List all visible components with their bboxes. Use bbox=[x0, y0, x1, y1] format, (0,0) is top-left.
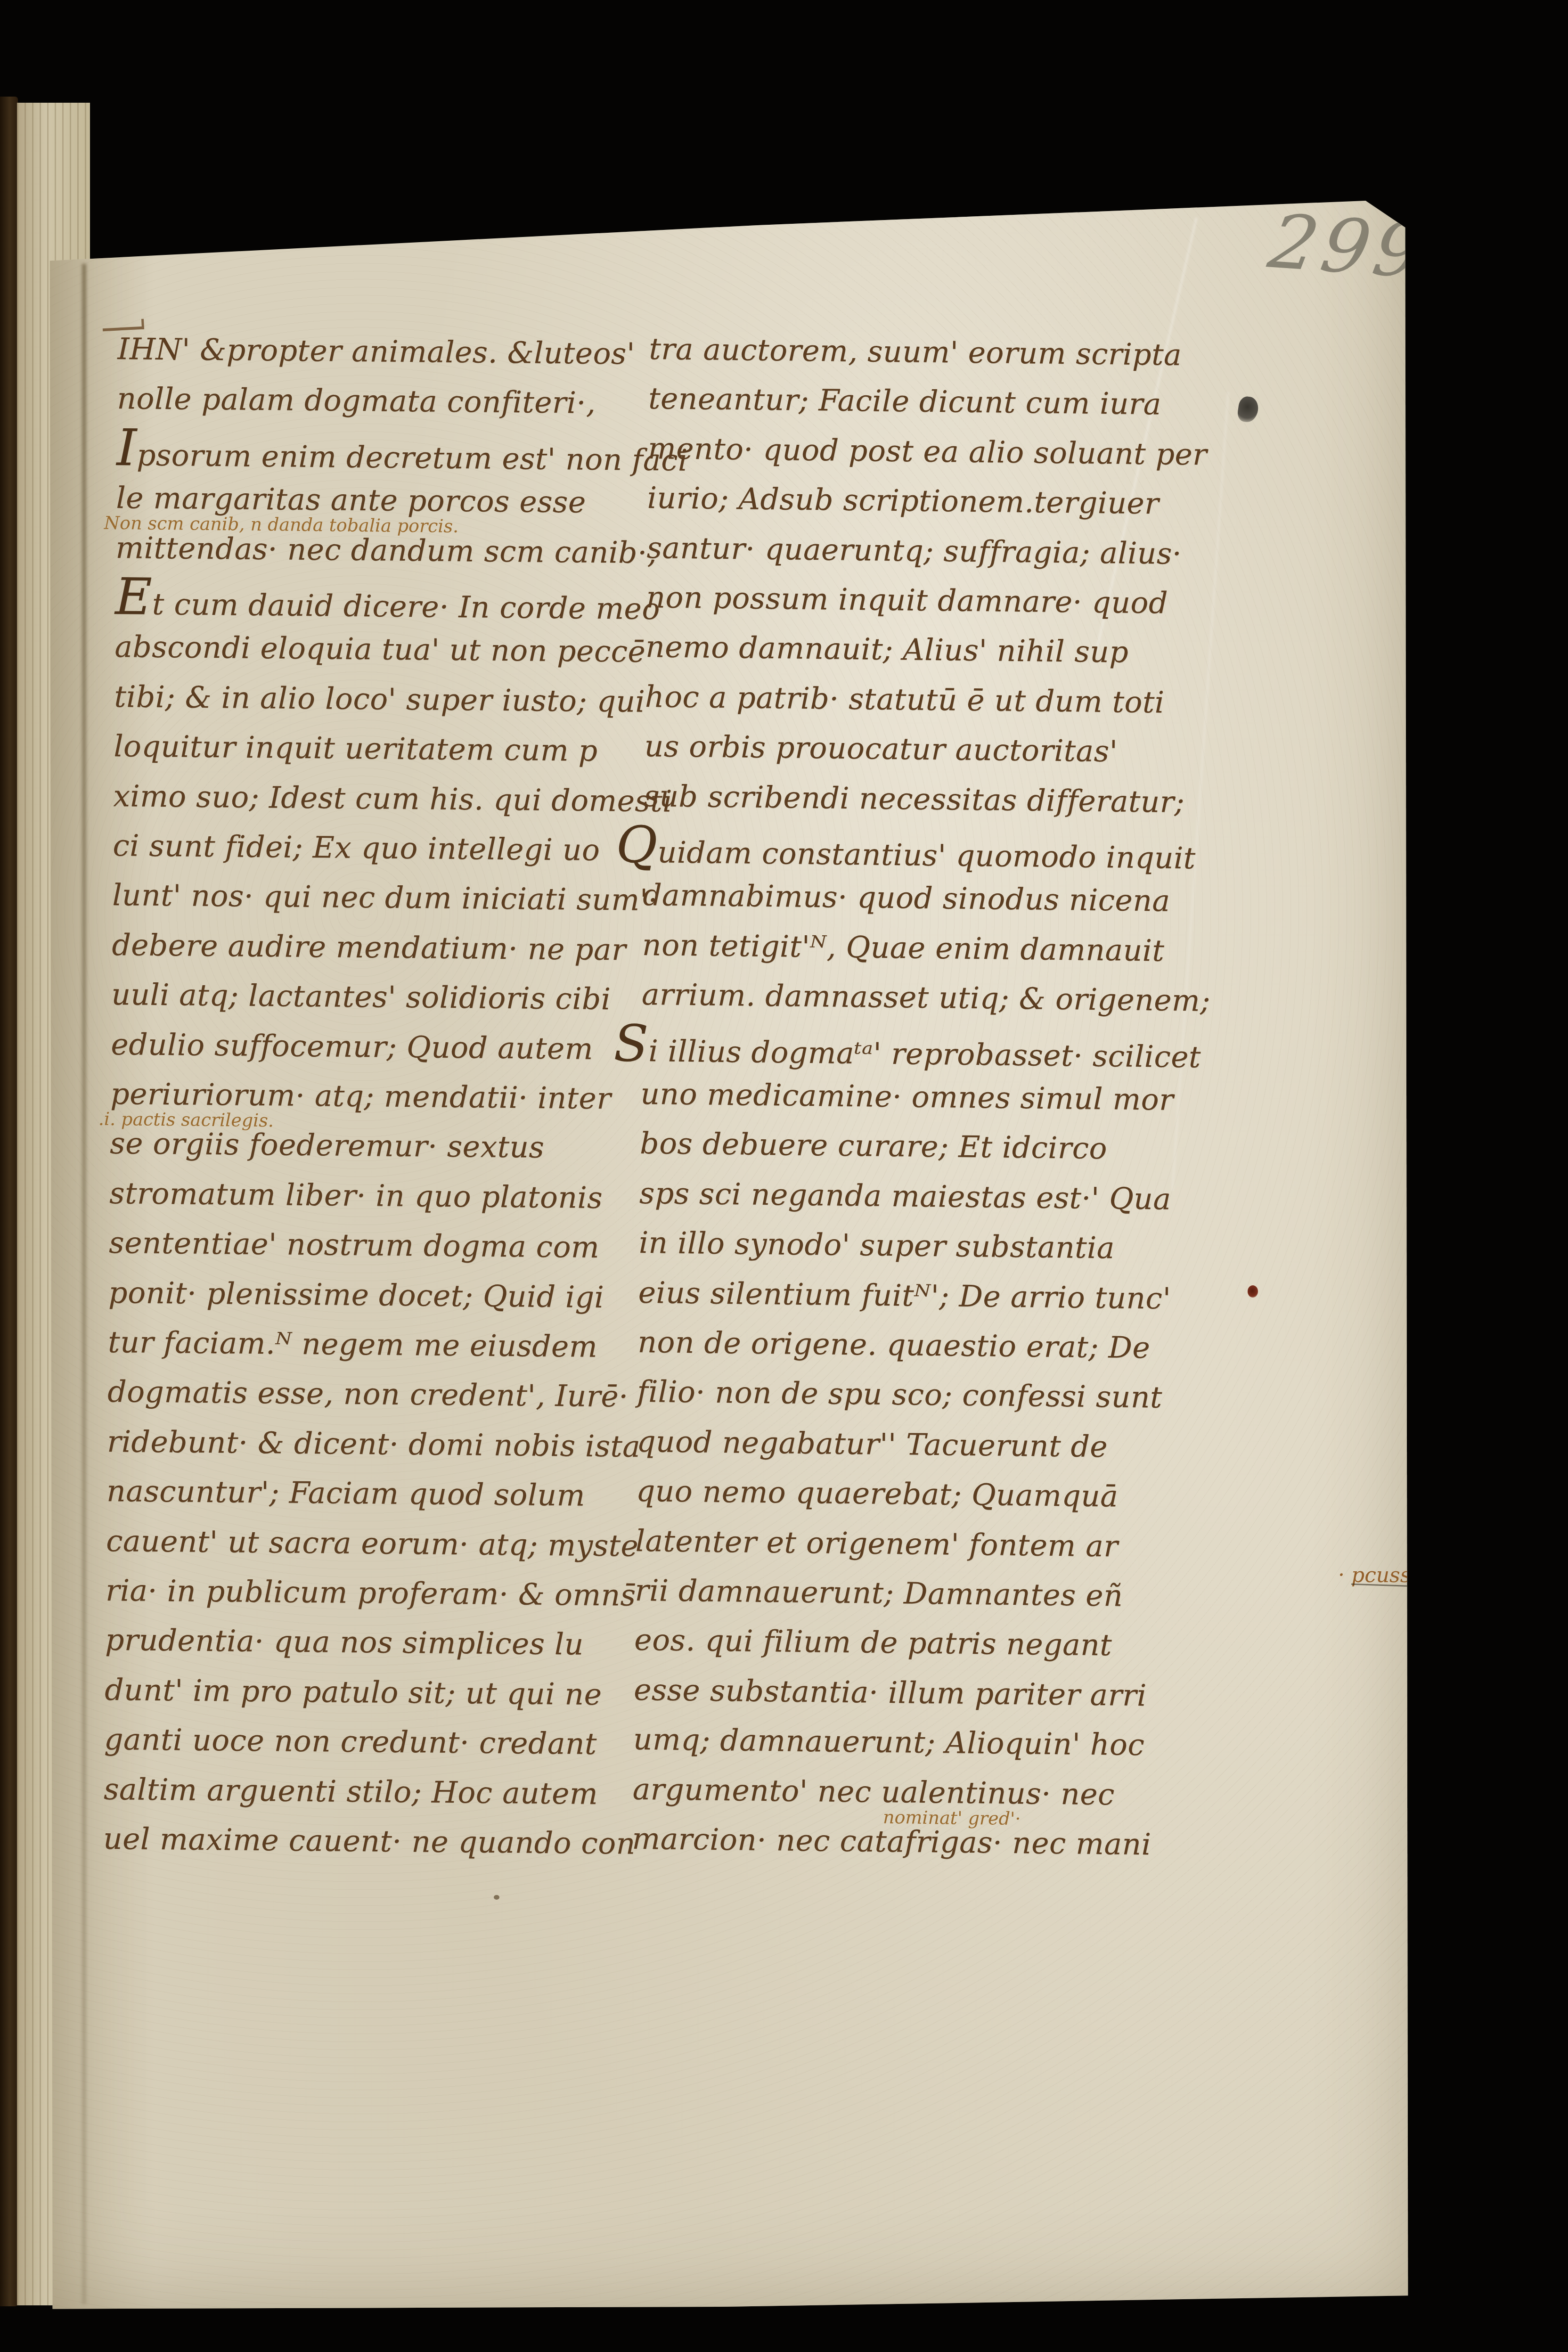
manuscript-text-line: mittendas· nec dandum scm canib·, bbox=[115, 523, 657, 578]
manuscript-text-line: sententiae' nostrum dogma com bbox=[109, 1218, 600, 1272]
manuscript-photo: 299 IHN' &propter animales. &luteos'noll… bbox=[0, 0, 1568, 2352]
manuscript-text-line: IHN' &propter animales. &luteos' bbox=[117, 324, 635, 379]
manuscript-text-line: cauent' ut sacra eorum· atq; myste bbox=[106, 1516, 639, 1570]
manuscript-text-line: ganti uoce non credunt· credant bbox=[104, 1715, 597, 1769]
manuscript-text-line: bos debuere curare; Et idcirco bbox=[640, 1119, 1108, 1173]
manuscript-text-line: us orbis prouocatur auctoritas' bbox=[644, 721, 1118, 776]
manuscript-text-line: teneantur; Facile dicunt cum iura bbox=[648, 374, 1162, 429]
manuscript-text-line: uel maxime cauent· ne quando con bbox=[103, 1814, 636, 1869]
manuscript-text-line: iurio; Adsub scriptionem.tergiuer bbox=[647, 473, 1159, 528]
parchment-page: 299 IHN' &propter animales. &luteos'noll… bbox=[47, 90, 1413, 2313]
manuscript-text-line: dogmatis esse, non credent', Iurē· bbox=[107, 1367, 629, 1421]
manuscript-text-line: uno medicamine· omnes simul mor bbox=[640, 1069, 1174, 1125]
manuscript-text-line: stromatum liber· in quo platonis bbox=[109, 1168, 603, 1223]
manuscript-text-line: umq; damnauerunt; Alioquin' hoc bbox=[633, 1715, 1144, 1770]
manuscript-text-line: in illo synodo' super substantia bbox=[638, 1218, 1115, 1273]
manuscript-text-line: sub scribendi necessitas differatur; bbox=[644, 771, 1185, 827]
text-column-right: tra auctorem, suum' eorum scriptateneant… bbox=[627, 90, 1278, 2320]
manuscript-text-line: ximo suo; Idest cum his. qui domesti bbox=[113, 771, 672, 826]
manuscript-text-line: prudentia· qua nos simplices lu bbox=[105, 1615, 584, 1669]
manuscript-text-line: non tetigit'ᴺ, Quae enim damnauit bbox=[642, 920, 1164, 976]
manuscript-text-line: non possum inquit damnare· quod bbox=[646, 572, 1168, 628]
manuscript-text-line: hoc a patrib· statutū ē ut dum toti bbox=[645, 672, 1164, 727]
manuscript-text-line: tur faciam.ᴺ negem me eiusdem bbox=[108, 1317, 598, 1372]
manuscript-text-line: eos. qui filium de patris negant bbox=[634, 1615, 1112, 1670]
manuscript-text-line: eius silentium fuitᴺ'; De arrio tunc' bbox=[638, 1267, 1171, 1323]
manuscript-text-line: debere audire mendatium· ne par bbox=[112, 920, 626, 974]
manuscript-text-line: uuli atq; lactantes' solidioris cibi bbox=[111, 970, 611, 1024]
manuscript-text-line: lunt' nos· qui nec dum iniciati sum'· bbox=[112, 870, 658, 925]
manuscript-text-line: sps sci neganda maiestas est·' Qua bbox=[639, 1168, 1172, 1224]
folio-number-pencil: 299 bbox=[1263, 198, 1434, 295]
manuscript-text-line: nascuntur'; Faciam quod solum bbox=[106, 1466, 586, 1520]
manuscript-text-line: tibi; & in alio loco' super iusto; qui bbox=[114, 672, 645, 727]
manuscript-text-line: quod negabatur'' Tacuerunt de bbox=[637, 1417, 1108, 1471]
manuscript-text-line: ria· in publicum proferam· & omns̄ bbox=[106, 1566, 636, 1620]
manuscript-text-line: nemo damnauit; Alius' nihil sup bbox=[645, 622, 1129, 677]
manuscript-text-line: mento· quod post ea alio soluant per bbox=[647, 424, 1207, 479]
manuscript-text-line: edulio suffocemur; Quod autem bbox=[111, 1020, 594, 1074]
manuscript-text-line: rii damnauerunt; Damnantes eñ bbox=[635, 1566, 1123, 1621]
book-spine-leather bbox=[0, 97, 18, 2306]
manuscript-text-line: filio· non de spu sco; confessi sunt bbox=[637, 1367, 1163, 1422]
parchment-speck bbox=[494, 1895, 499, 1900]
manuscript-text-line: saltim arguenti stilo; Hoc autem bbox=[104, 1764, 598, 1818]
margin-note: · pcusse bbox=[1338, 1563, 1423, 1587]
manuscript-text-line: santur· quaeruntq; suffragia; alius· bbox=[646, 523, 1182, 579]
manuscript-text-line: argumento' nec ualentinus· nec bbox=[632, 1764, 1115, 1819]
manuscript-text-line: non de origene. quaestio erat; De bbox=[637, 1317, 1151, 1372]
manuscript-text-line: arrium. damnasset utiq; & origenem; bbox=[641, 970, 1210, 1026]
manuscript-text-line: abscondi eloquia tua' ut non peccē bbox=[114, 622, 646, 677]
manuscript-text-line: Si illius dogmaᵗᵃ' reprobasset· scilicet bbox=[641, 1019, 1201, 1075]
manuscript-text-line: dunt' im pro patulo sit; ut qui ne bbox=[105, 1665, 602, 1719]
manuscript-text-line: Et cum dauid dicere· In corde meo bbox=[115, 572, 660, 627]
red-stain-dot bbox=[1248, 1285, 1258, 1298]
text-column-left: IHN' &propter animales. &luteos'nolle pa… bbox=[98, 90, 697, 2319]
manuscript-text-line: damnabimus· quod sinodus nicena bbox=[643, 870, 1170, 926]
manuscript-text-line: latenter et origenem' fontem ar bbox=[635, 1516, 1119, 1571]
manuscript-text-line: loquitur inquit ueritatem cum p bbox=[114, 721, 598, 776]
gutter-fold-shadow bbox=[82, 264, 86, 2304]
manuscript-text-line: ci sunt fidei; Ex quo intellegi uo bbox=[113, 821, 600, 875]
manuscript-text-line: se orgiis foederemur· sextus bbox=[110, 1119, 545, 1172]
manuscript-text-line: Ipsorum enim decretum est' non faci bbox=[116, 424, 688, 479]
manuscript-text-line: ponit· plenissime docet; Quid igi bbox=[108, 1268, 604, 1322]
manuscript-text-line: Quidam constantius' quomodo inquit bbox=[643, 821, 1196, 876]
manuscript-text-line: tra auctorem, suum' eorum scripta bbox=[649, 324, 1182, 380]
manuscript-text-line: ridebunt· & dicent· domi nobis ista bbox=[107, 1417, 641, 1471]
manuscript-text-line: nolle palam dogmata confiteri·, bbox=[117, 374, 596, 428]
manuscript-text-line: esse substantia· illum pariter arri bbox=[634, 1665, 1147, 1720]
manuscript-text-line: quo nemo quaerebat; Quamquā bbox=[636, 1466, 1119, 1521]
manuscript-text-line: marcion· nec catafrigas· nec mani bbox=[632, 1814, 1151, 1869]
